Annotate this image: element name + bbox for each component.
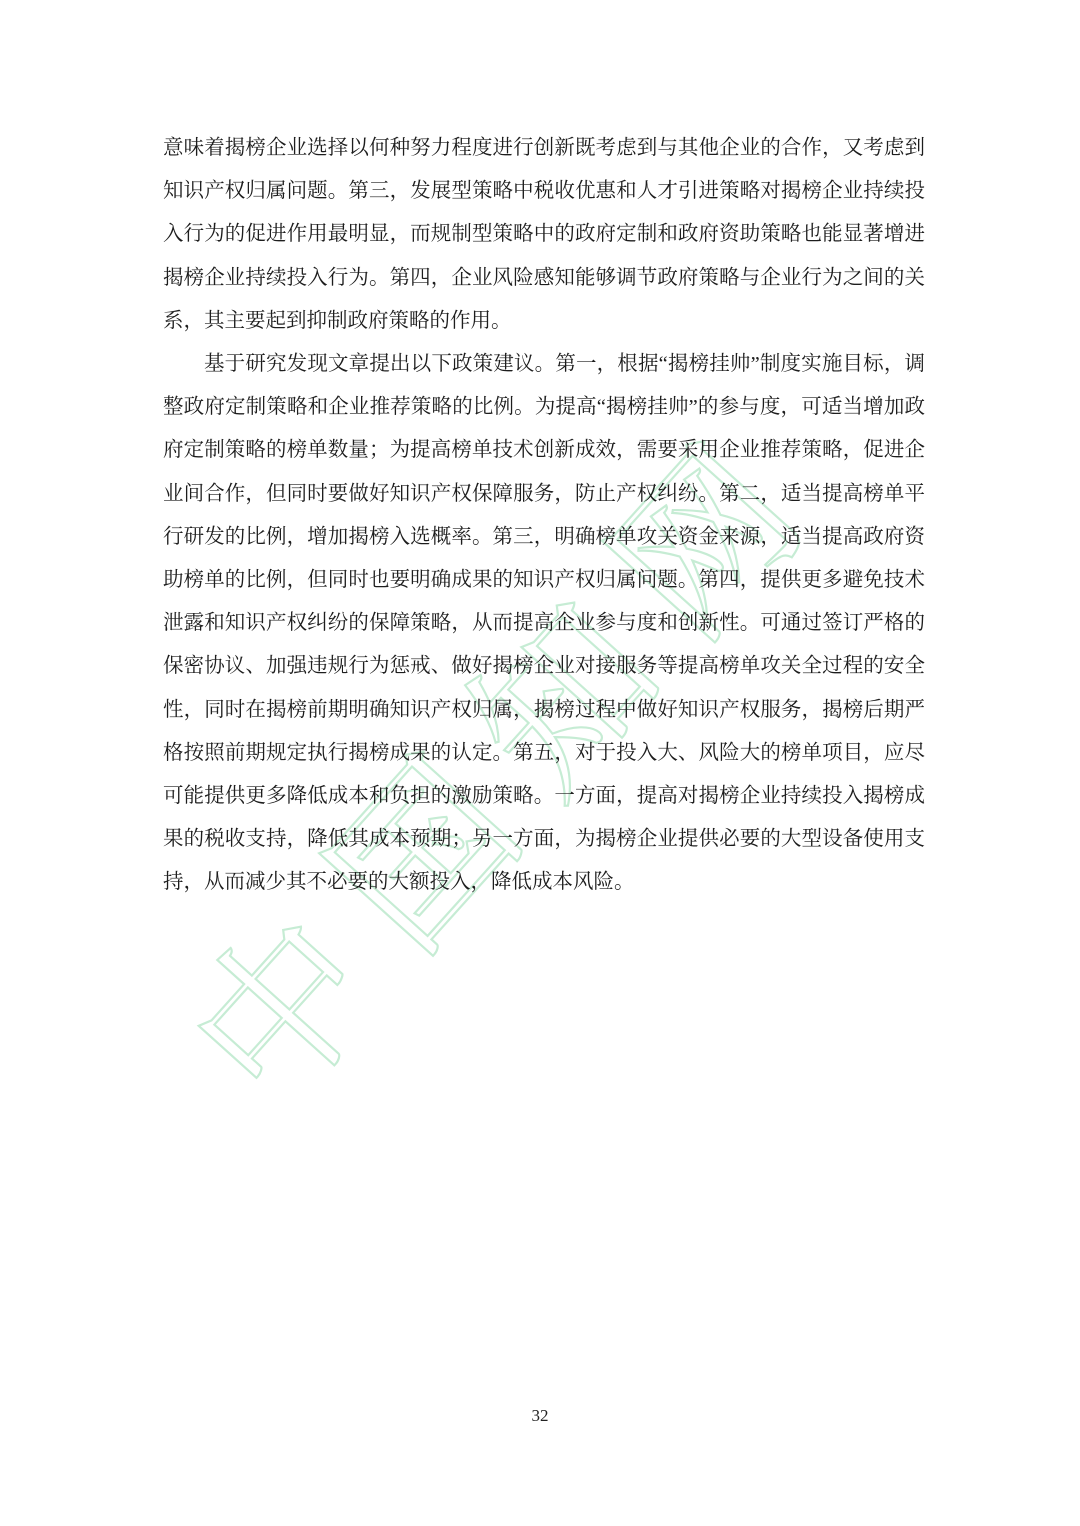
page-number: 32	[0, 1406, 1080, 1426]
paragraph-policy-recommendations: 基于研究发现文章提出以下政策建议。第一，根据“揭榜挂帅”制度实施目标，调整政府定…	[163, 343, 925, 905]
body-text: 意味着揭榜企业选择以何种努力程度进行创新既考虑到与其他企业的合作，又考虑到知识产…	[163, 127, 925, 905]
paragraph-conclusions: 意味着揭榜企业选择以何种努力程度进行创新既考虑到与其他企业的合作，又考虑到知识产…	[163, 127, 925, 343]
document-page: 中国知网 意味着揭榜企业选择以何种努力程度进行创新既考虑到与其他企业的合作，又考…	[0, 0, 1080, 1526]
